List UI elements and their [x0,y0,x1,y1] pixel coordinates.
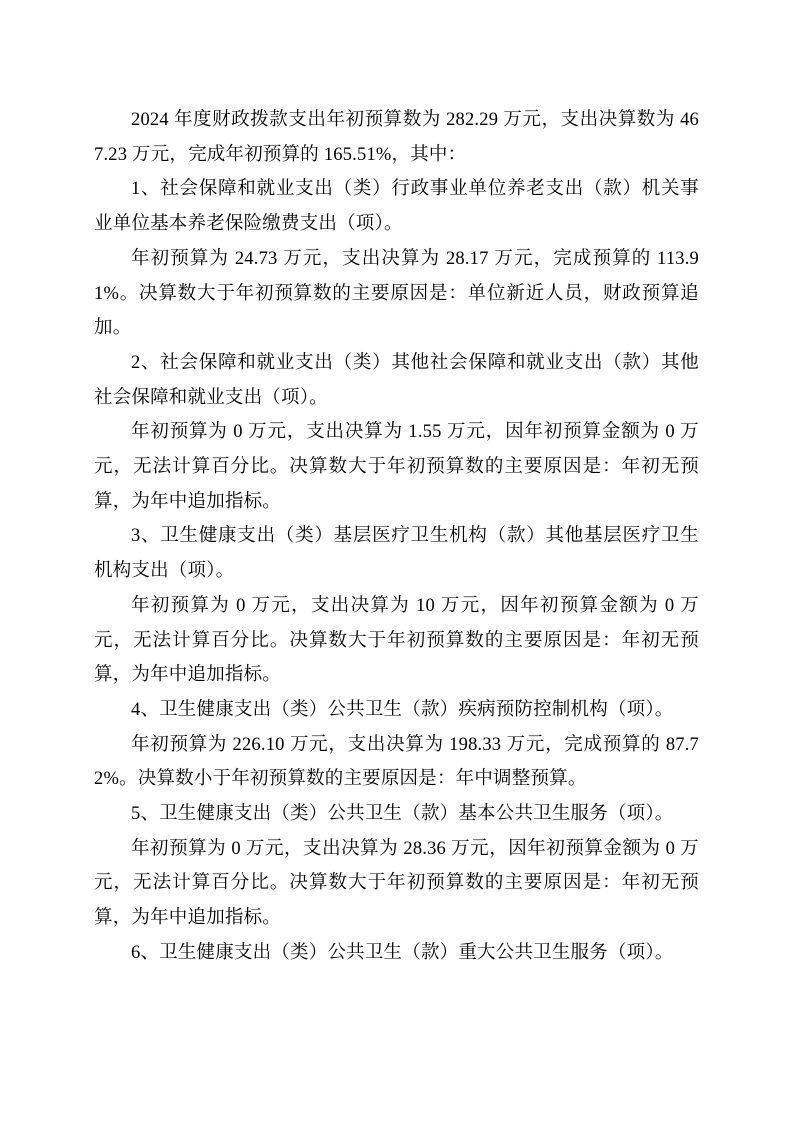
paragraph-summary-total: 2024 年度财政拨款支出年初预算数为 282.29 万元，支出决算数为 467… [94,103,699,172]
paragraph-item-3-detail: 年初预算为 0 万元，支出决算为 10 万元，因年初预算金额为 0 万元，无法计… [94,589,699,693]
paragraph-item-5-detail: 年初预算为 0 万元，支出决算为 28.36 万元，因年初预算金额为 0 万元，… [94,832,699,936]
paragraph-item-1-detail: 年初预算为 24.73 万元，支出决算为 28.17 万元，完成预算的 113.… [94,242,699,346]
document-page: 2024 年度财政拨款支出年初预算数为 282.29 万元，支出决算数为 467… [0,0,793,1122]
paragraph-item-4-detail: 年初预算为 226.10 万元，支出决算为 198.33 万元，完成预算的 87… [94,728,699,797]
paragraph-item-2-detail: 年初预算为 0 万元，支出决算为 1.55 万元，因年初预算金额为 0 万元，无… [94,415,699,519]
paragraph-item-3-title: 3、卫生健康支出（类）基层医疗卫生机构（款）其他基层医疗卫生机构支出（项）。 [94,519,699,588]
document-body: 2024 年度财政拨款支出年初预算数为 282.29 万元，支出决算数为 467… [94,103,699,971]
paragraph-item-1-title: 1、社会保障和就业支出（类）行政事业单位养老支出（款）机关事业单位基本养老保险缴… [94,172,699,241]
paragraph-item-5-title: 5、卫生健康支出（类）公共卫生（款）基本公共卫生服务（项）。 [94,797,699,832]
paragraph-item-2-title: 2、社会保障和就业支出（类）其他社会保障和就业支出（款）其他社会保障和就业支出（… [94,346,699,415]
paragraph-item-4-title: 4、卫生健康支出（类）公共卫生（款）疾病预防控制机构（项）。 [94,693,699,728]
paragraph-item-6-title: 6、卫生健康支出（类）公共卫生（款）重大公共卫生服务（项）。 [94,936,699,971]
